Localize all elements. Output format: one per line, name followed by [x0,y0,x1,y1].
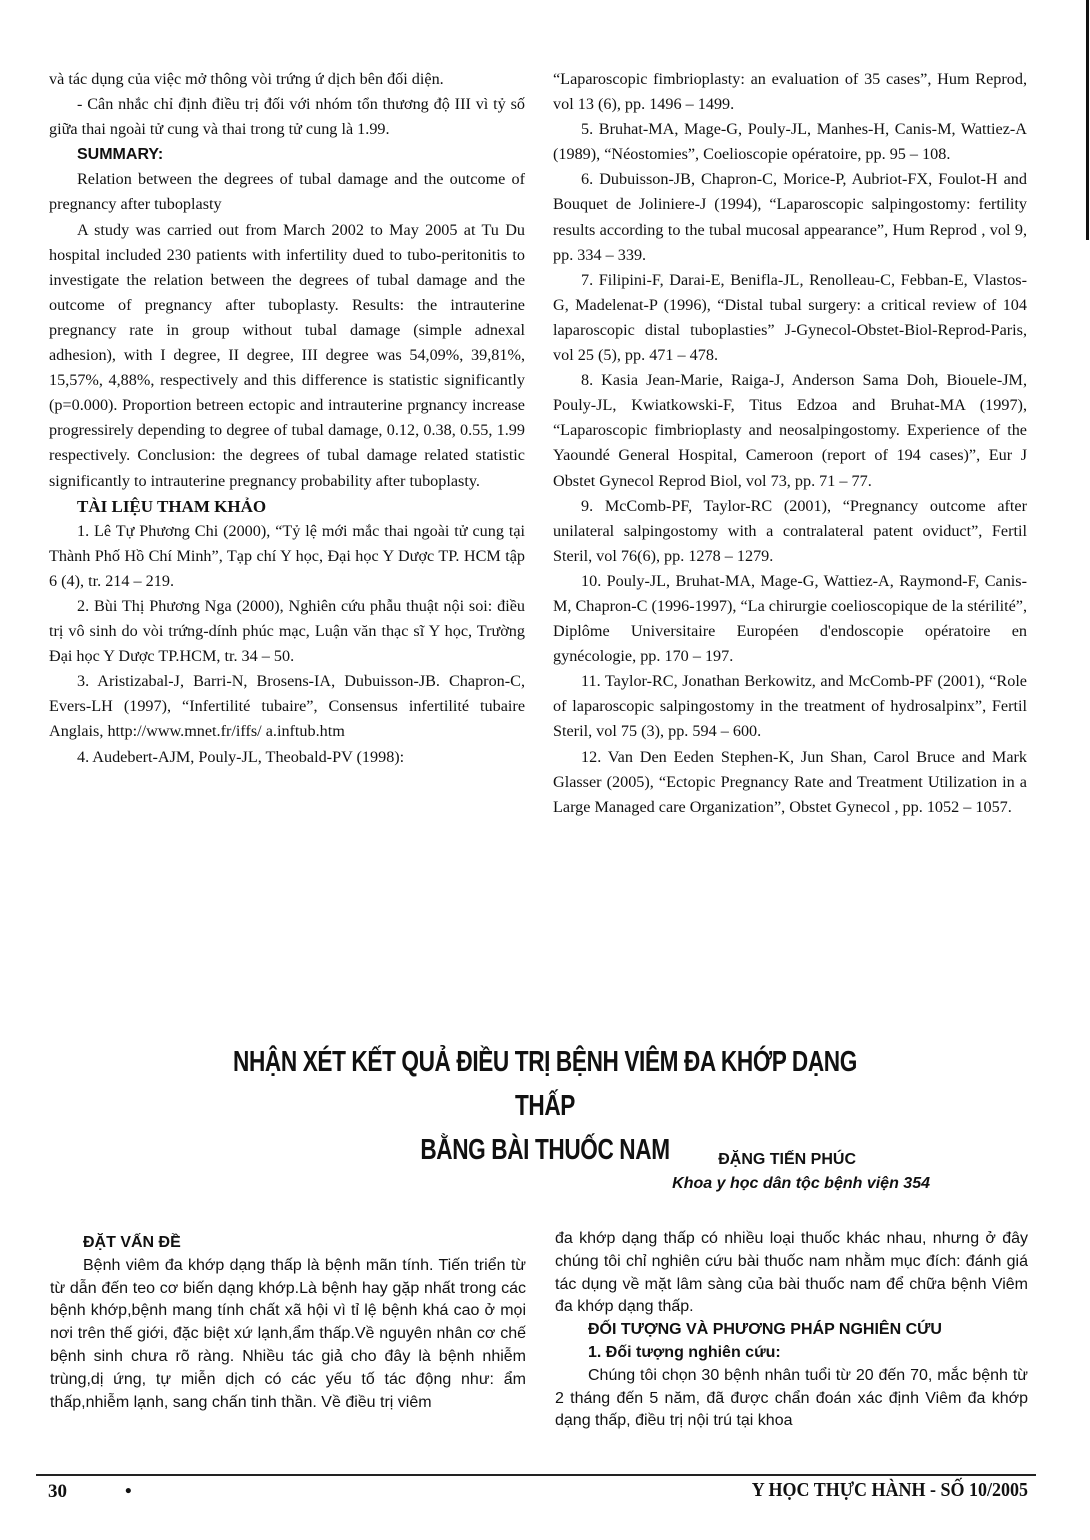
page-number: 30 [48,1481,67,1503]
scan-edge-line [1086,0,1089,240]
reference-item: 2. Bùi Thị Phương Nga (2000), Nghiên cứu… [49,594,525,669]
reference-item: 4. Audebert-AJM, Pouly-JL, Theobald-PV (… [49,745,525,770]
reference-item: “Laparoscopic fimbrioplasty: an evaluati… [553,67,1027,117]
footer-bullet: • [125,1481,132,1503]
author-block: ĐẶNG TIẾN PHÚC Khoa y học dân tộc bệnh v… [560,1148,930,1196]
reference-item: 3. Aristizabal-J, Barri-N, Brosens-IA, D… [49,669,525,744]
reference-item: 8. Kasia Jean-Marie, Raiga-J, Anderson S… [553,368,1027,493]
author-affiliation: Khoa y học dân tộc bệnh viện 354 [560,1172,930,1196]
article-body-left: ĐẶT VẤN ĐỀ Bệnh viêm đa khớp dạng thấp l… [50,1232,526,1414]
reference-item: 6. Dubuisson-JB, Chapron-C, Morice-P, Au… [553,167,1027,267]
section-heading-methods: ĐỐI TƯỢNG VÀ PHƯƠNG PHÁP NGHIÊN CỨU [555,1319,1028,1342]
reference-item: 9. McComb-PF, Taylor-RC (2001), “Pregnan… [553,494,1027,569]
subjects-paragraph: Chúng tôi chọn 30 bệnh nhân tuổi từ 20 đ… [555,1365,1028,1433]
reference-item: 1. Lê Tự Phương Chi (2000), “Tỷ lệ mới m… [49,519,525,594]
article-body-right: đa khớp dạng thấp có nhiều loại thuốc kh… [555,1228,1028,1433]
intro-tail-paragraph: và tác dụng của việc mở thông vòi trứng … [49,67,525,92]
reference-item: 12. Van Den Eeden Stephen-K, Jun Shan, C… [553,745,1027,820]
reference-item: 5. Bruhat-MA, Mage-G, Pouly-JL, Manhes-H… [553,117,1027,167]
reference-item: 10. Pouly-JL, Bruhat-MA, Mage-G, Wattiez… [553,569,1027,669]
summary-title: Relation between the degrees of tubal da… [49,167,525,217]
summary-body: A study was carried out from March 2002 … [49,218,525,494]
reference-item: 7. Filipini-F, Darai-E, Benifla-JL, Reno… [553,268,1027,368]
article-title-line-1: NHẬN XÉT KẾT QUẢ ĐIỀU TRỊ BỆNH VIÊM ĐA K… [214,1040,877,1128]
subsection-heading-subjects: 1. Đối tượng nghiên cứu: [555,1342,1028,1365]
left-column: và tác dụng của việc mở thông vòi trứng … [49,67,525,770]
references-heading: TÀI LIỆU THAM KHẢO [49,494,525,519]
introduction-paragraph: Bệnh viêm đa khớp dạng thấp là bệnh mãn … [50,1255,526,1415]
author-name: ĐẶNG TIẾN PHÚC [560,1148,930,1172]
section-heading-introduction: ĐẶT VẤN ĐỀ [50,1232,526,1255]
right-column: “Laparoscopic fimbrioplasty: an evaluati… [553,67,1027,820]
conclusion-bullet: - Cân nhắc chỉ định điều trị đối với nhó… [49,92,525,142]
journal-issue: Y HỌC THỰC HÀNH - SỐ 10/2005 [752,1479,1028,1502]
summary-heading: SUMMARY: [49,142,525,167]
footer-rule [36,1474,1036,1476]
reference-item: 11. Taylor-RC, Jonathan Berkowitz, and M… [553,669,1027,744]
introduction-paragraph-continued: đa khớp dạng thấp có nhiều loại thuốc kh… [555,1228,1028,1319]
